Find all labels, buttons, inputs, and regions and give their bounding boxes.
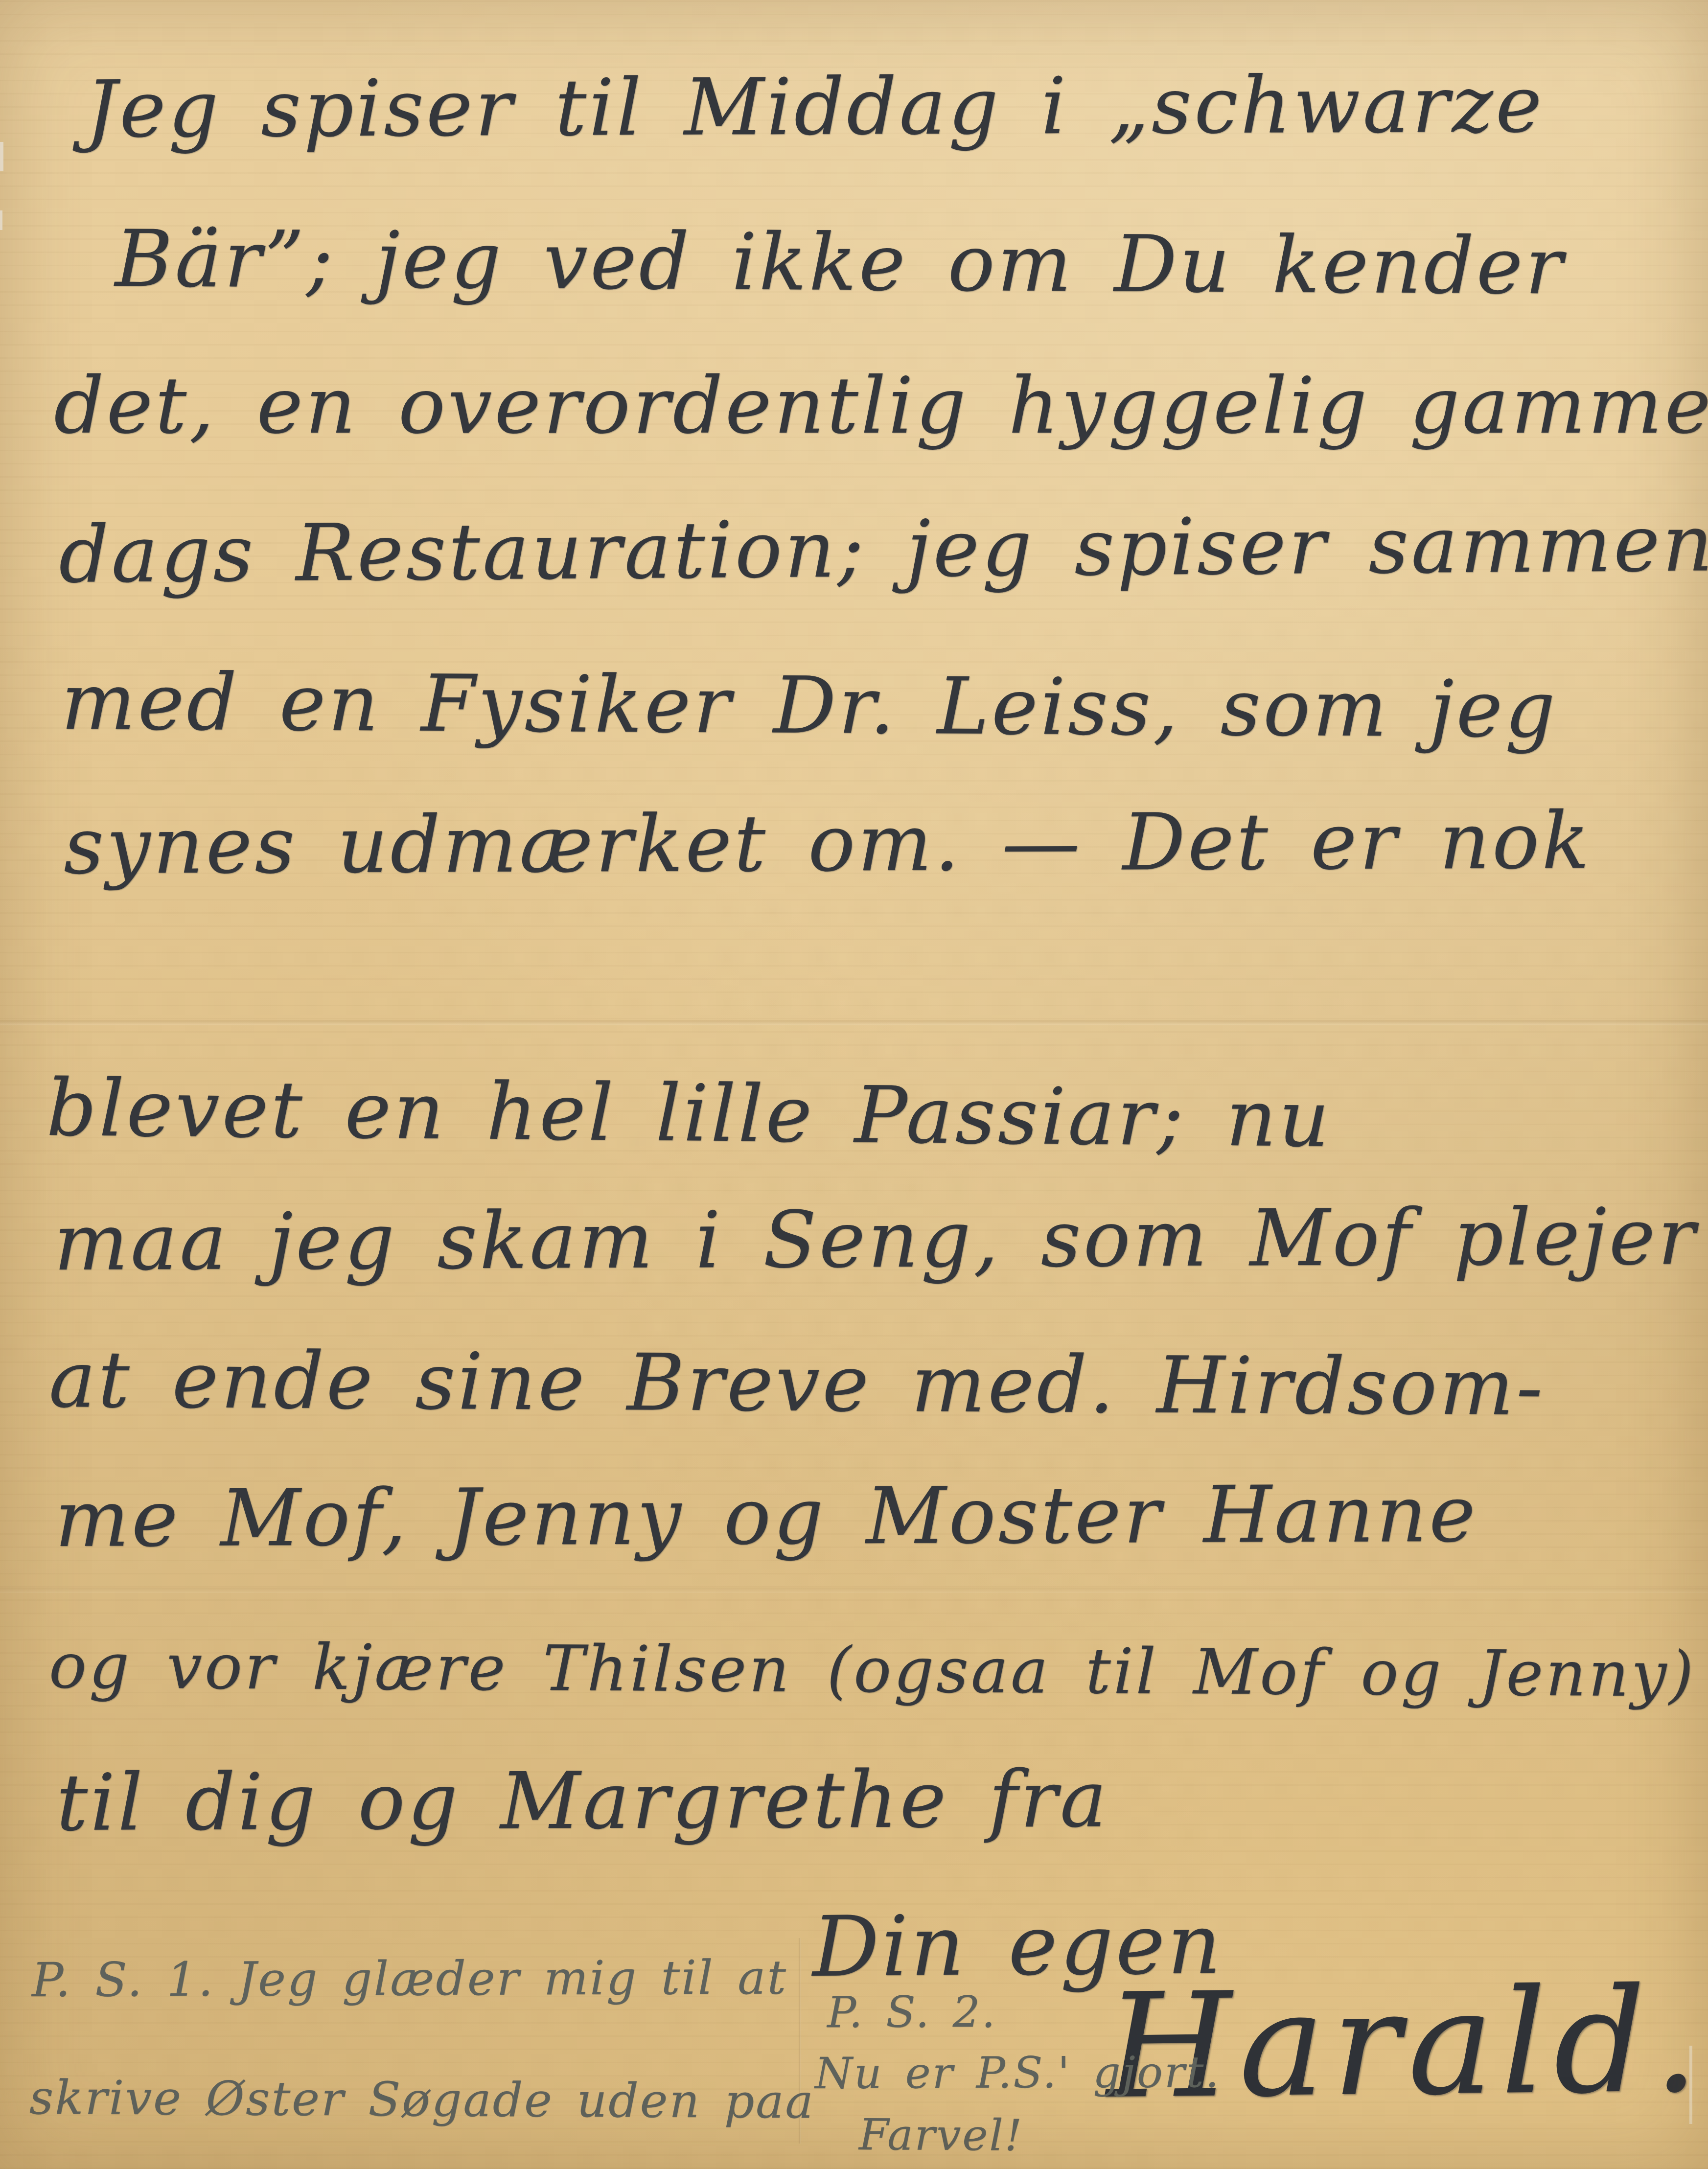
scan-edge-artifact: [0, 142, 3, 171]
scan-edge-artifact: [0, 210, 2, 230]
scanned-letter-screenshot: { "document": { "type": "handwritten-let…: [0, 0, 1708, 2169]
horizontal-fold-crease: [0, 1020, 1708, 1025]
letter-line-8: maa jeg skam i Seng, som Mof plejer: [54, 1191, 1698, 1288]
postscript-2-line-1: P. S. 2.: [827, 1987, 996, 2037]
signature: Harald.: [1105, 1956, 1707, 2131]
letter-line-10: me Mof, Jenny og Moster Hanne: [55, 1468, 1478, 1565]
letter-line-3: det, en overordentlig hyggelig gammel-: [54, 360, 1708, 451]
letter-line-6: synes udmærket om. — Det er nok: [64, 795, 1592, 892]
letter-line-1: Jeg spiser til Middag i „schwarze: [86, 59, 1545, 155]
postscript-1-line-1: P. S. 1. Jeg glæder mig til at: [32, 1950, 787, 2007]
letter-line-4: dags Restauration; jeg spiser sammen: [58, 497, 1708, 600]
postscript-2-line-3: Farvel!: [859, 2109, 1023, 2161]
letter-page: Jeg spiser til Middag i „schwarze Bär”; …: [0, 0, 1708, 2169]
letter-line-7: blevet en hel lille Passiar; nu: [46, 1062, 1332, 1165]
postscript-2-line-2: Nu er P.S.' gjort.: [815, 2047, 1221, 2099]
letter-line-9: at ende sine Breve med. Hirdsom-: [49, 1334, 1546, 1433]
letter-line-11: og vor kjære Thilsen (ogsaa til Mof og J…: [49, 1630, 1696, 1711]
letter-line-12: til dig og Margrethe fra: [56, 1753, 1109, 1848]
letter-line-2: Bär”; jeg ved ikke om Du kender: [115, 213, 1566, 312]
postscript-1-line-2: skrive Øster Søgade uden paa: [29, 2070, 815, 2129]
horizontal-fold-crease-faint: [0, 1588, 1708, 1593]
letter-line-5: med en Fysiker Dr. Leiss, som jeg: [61, 656, 1558, 755]
